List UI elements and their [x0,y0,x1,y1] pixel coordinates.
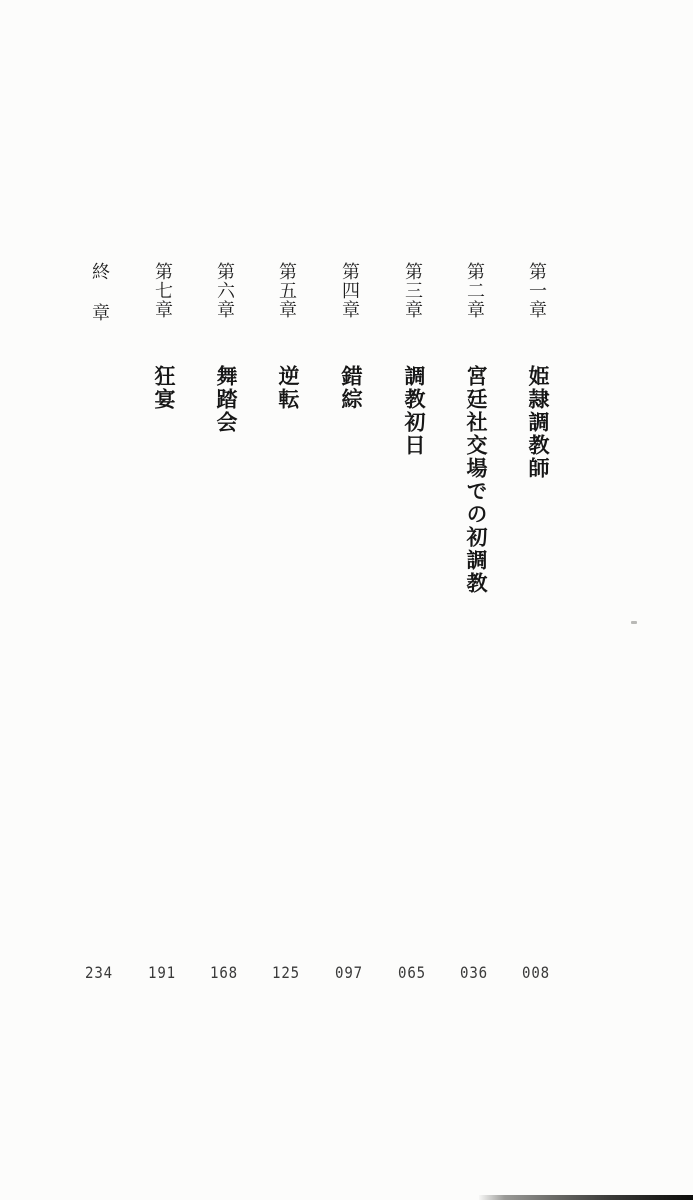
chapter-label: 第四章 [336,262,362,365]
page-number: 125 [264,963,308,982]
toc-entry-chapter-6: 第六章 舞踏会 168 [211,262,237,992]
toc-entry-final-chapter: 終 章 234 [86,262,112,992]
chapter-title: 調教初日 [399,365,429,457]
toc-entry-chapter-3: 第三章 調教初日 065 [399,262,425,992]
toc-entry-chapter-5: 第五章 逆転 125 [273,262,299,992]
chapter-label: 第五章 [273,262,299,365]
chapter-title: 舞踏会 [211,365,241,434]
chapter-label: 第一章 [523,262,549,365]
toc-page: 第一章 姫隷調教師 008 第二章 宮廷社交場での初調教 036 第三章 調教初… [0,0,693,1200]
toc-entry-chapter-1: 第一章 姫隷調教師 008 [523,262,549,992]
page-number: 065 [390,963,434,982]
scan-edge-artifact [479,1195,693,1200]
scan-speck-artifact [631,621,637,624]
chapter-label: 終 章 [86,262,112,365]
page-number: 008 [514,963,558,982]
page-number: 097 [327,963,371,982]
chapter-title: 逆転 [273,365,303,411]
toc-entry-chapter-4: 第四章 錯綜 097 [336,262,362,992]
chapter-label: 第三章 [399,262,425,365]
toc-entry-chapter-7: 第七章 狂宴 191 [149,262,175,992]
chapter-title: 錯綜 [336,365,366,411]
page-number: 168 [202,963,246,982]
chapter-title: 姫隷調教師 [523,365,553,480]
chapter-title: 宮廷社交場での初調教 [461,365,491,595]
chapter-title: 狂宴 [149,365,179,411]
page-number: 234 [77,963,121,982]
page-number: 191 [140,963,184,982]
page-number: 036 [452,963,496,982]
chapter-label: 第二章 [461,262,487,365]
chapter-label: 第七章 [149,262,175,365]
toc-entry-chapter-2: 第二章 宮廷社交場での初調教 036 [461,262,487,992]
chapter-label: 第六章 [211,262,237,365]
